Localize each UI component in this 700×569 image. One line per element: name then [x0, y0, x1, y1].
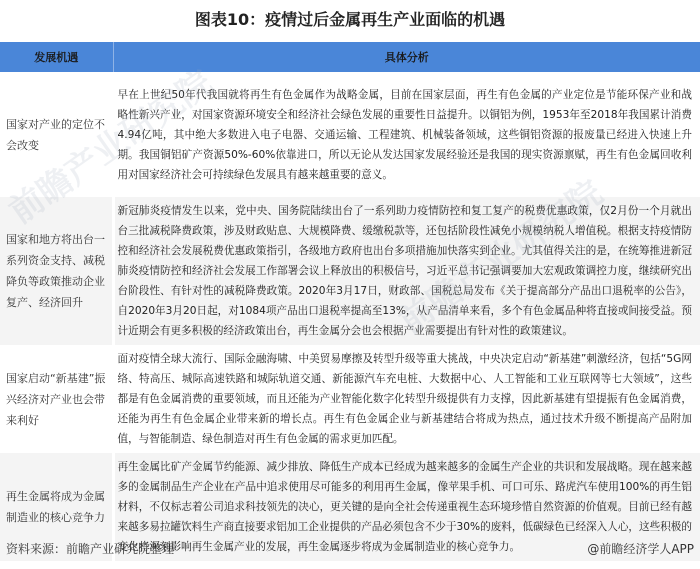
table-row: 国家对产业的定位不会改变 早在上世纪50年代我国就将再生有色金属作为战略金属，目… — [0, 72, 700, 197]
column-header-opportunity: 发展机遇 — [0, 42, 113, 72]
analysis-cell: 面对疫情全球大流行、国际金融海啸、中美贸易摩擦及转型升级等重大挑战，中央决定启动… — [113, 345, 700, 453]
analysis-cell: 新冠肺炎疫情发生以来，党中央、国务院陆续出台了一系列助力疫情防控和复工复产的税费… — [113, 197, 700, 345]
table-header-row: 发展机遇 具体分析 — [0, 42, 700, 72]
table-row: 国家启动“新基建”振兴经济对产业也会带来利好 面对疫情全球大流行、国际金融海啸、… — [0, 345, 700, 453]
credit-label: @前瞻经济学人APP — [587, 540, 694, 557]
column-header-analysis: 具体分析 — [113, 42, 700, 72]
table-row: 国家和地方将出台一系列资金支持、减税降负等政策推动企业复产、经济回升 新冠肺炎疫… — [0, 197, 700, 345]
figure-title: 图表10：疫情过后金属再生产业面临的机遇 — [0, 0, 700, 42]
opportunity-cell: 国家启动“新基建”振兴经济对产业也会带来利好 — [0, 345, 113, 453]
source-note: 资料来源：前瞻产业研究院整理 — [6, 540, 174, 557]
analysis-cell: 早在上世纪50年代我国就将再生有色金属作为战略金属，目前在国家层面，再生有色金属… — [113, 72, 700, 197]
opportunity-cell: 国家对产业的定位不会改变 — [0, 72, 113, 197]
opportunities-table: 发展机遇 具体分析 国家对产业的定位不会改变 早在上世纪50年代我国就将再生有色… — [0, 42, 700, 561]
opportunity-cell: 国家和地方将出台一系列资金支持、减税降负等政策推动企业复产、经济回升 — [0, 197, 113, 345]
